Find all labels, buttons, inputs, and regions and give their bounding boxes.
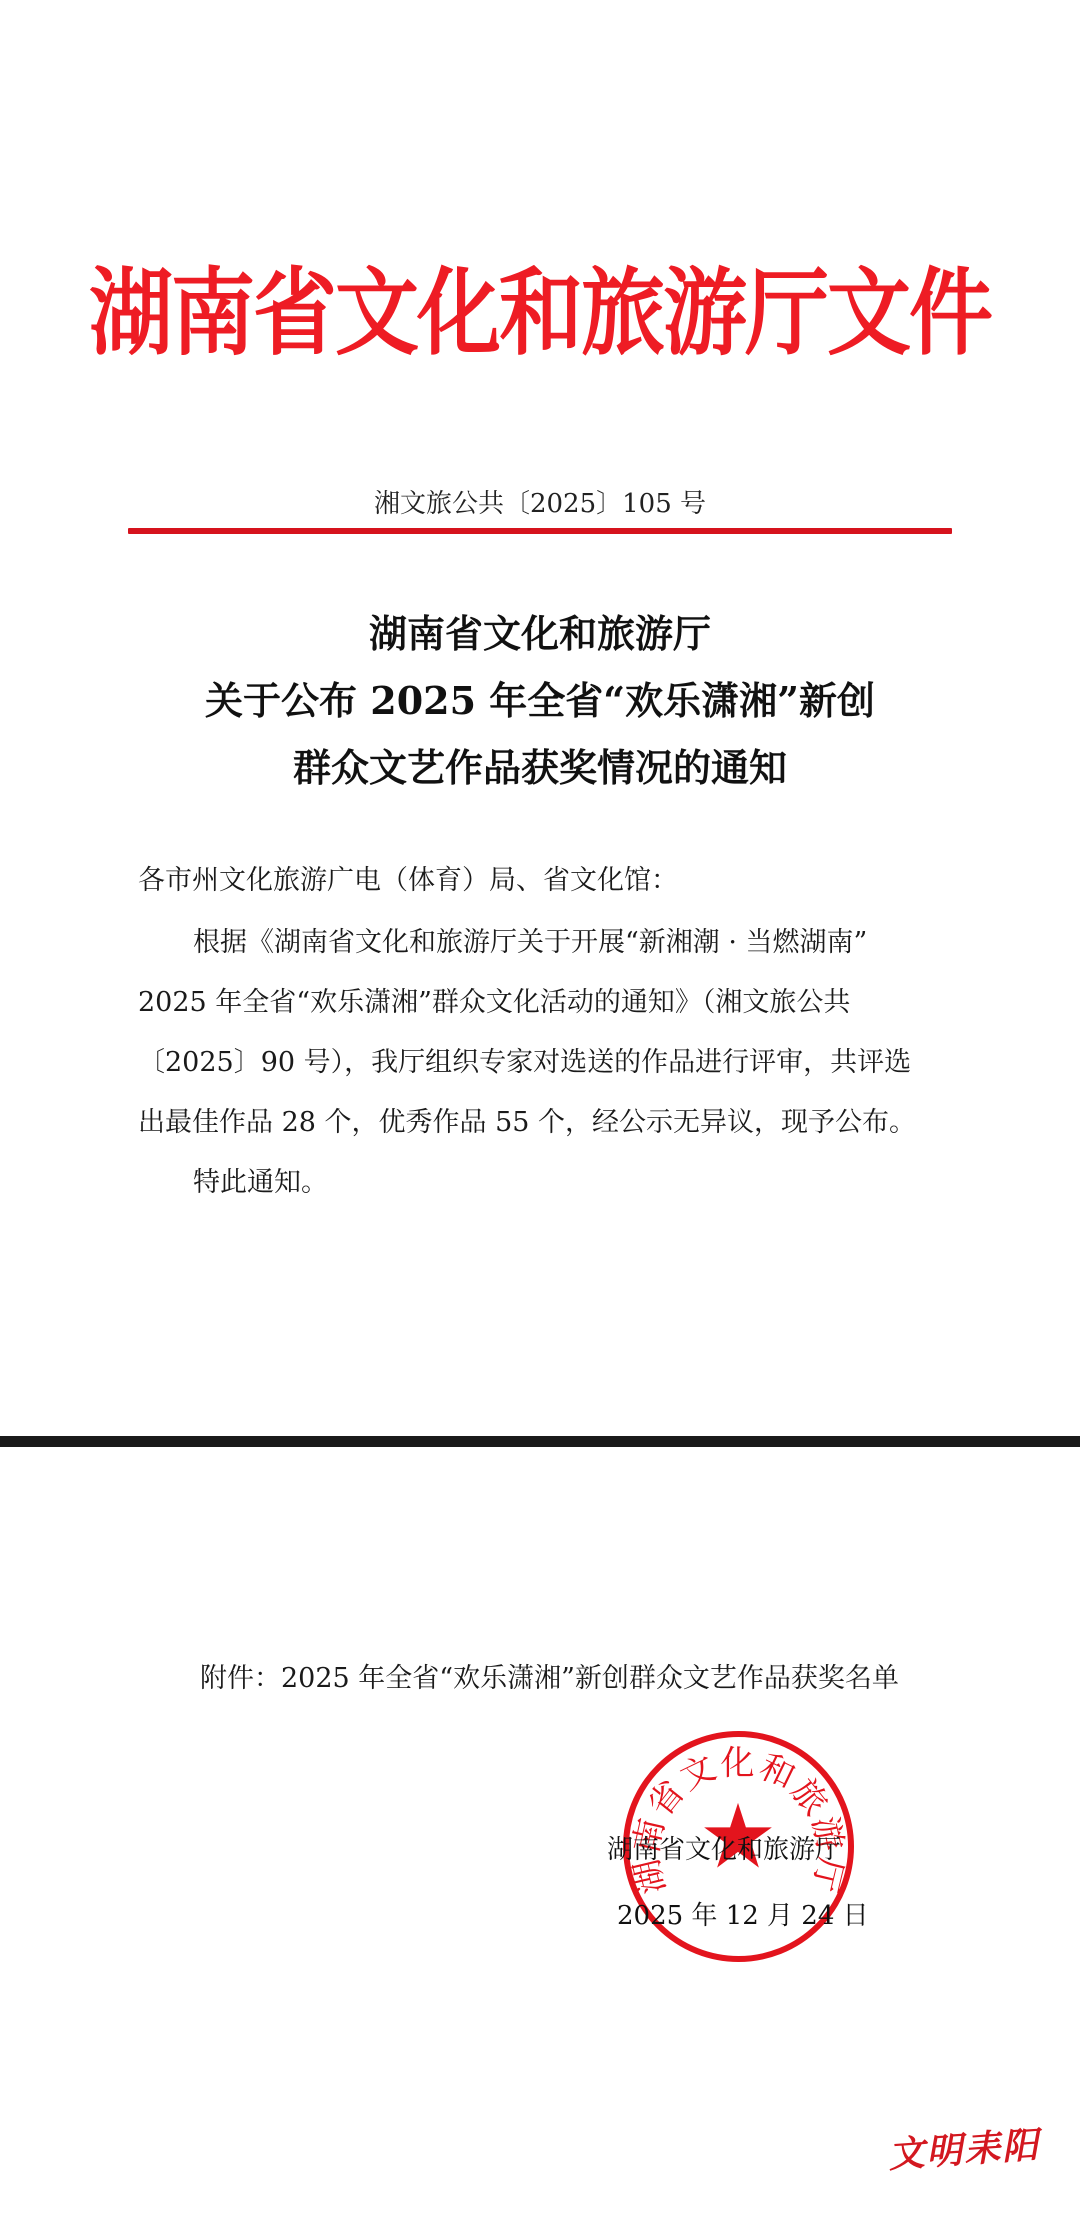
document-number: 湘文旅公共〔2025〕105 号 xyxy=(0,483,1080,520)
signature-organization: 湖南省文化和旅游厅 xyxy=(607,1829,841,1866)
title-line-1: 湖南省文化和旅游厅 xyxy=(0,603,1080,658)
signature-date: 2025 年 12 月 24 日 xyxy=(617,1895,869,1932)
paragraph-line-1: 根据《湖南省文化和旅游厅关于开展“新湘潮 · 当燃湖南” xyxy=(193,920,867,959)
paragraph-line-2: 2025 年全省“欢乐潇湘”群众文化活动的通知》（湘文旅公共 xyxy=(138,980,850,1019)
red-header-rule xyxy=(128,528,952,534)
paragraph-line-3: 〔2025〕90 号），我厅组织专家对选送的作品进行评审，共评选 xyxy=(138,1040,911,1079)
title-line-3: 群众文艺作品获奖情况的通知 xyxy=(0,737,1080,792)
issuer-banner: 湖南省文化和旅游厅文件 xyxy=(0,238,1080,374)
addressee: 各市州文化旅游广电（体育）局、省文化馆： xyxy=(138,858,678,897)
watermark-logo: 文明耒阳 xyxy=(886,2117,1041,2178)
page-divider xyxy=(0,1436,1080,1447)
attachment-line: 附件：2025 年全省“欢乐潇湘”新创群众文艺作品获奖名单 xyxy=(200,1656,899,1695)
closing-line: 特此通知。 xyxy=(193,1160,328,1199)
title-line-2: 关于公布 2025 年全省“欢乐潇湘”新创 xyxy=(0,670,1080,725)
paragraph-line-4: 出最佳作品 28 个，优秀作品 55 个，经公示无异议，现予公布。 xyxy=(138,1100,916,1139)
